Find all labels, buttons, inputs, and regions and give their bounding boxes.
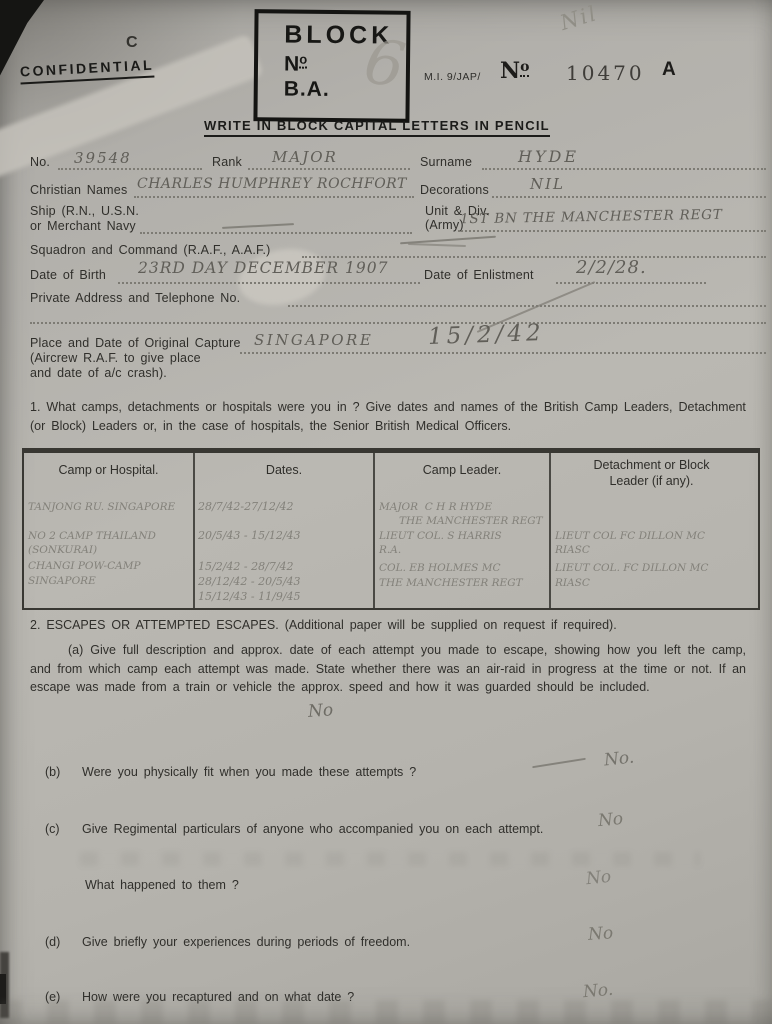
table-row-leader: MAJOR C H R HYDE THE MANCHESTER REGT bbox=[375, 497, 551, 528]
table-row-detachment bbox=[551, 497, 752, 528]
question-d-label: (d) bbox=[45, 933, 60, 952]
answer-b: No. bbox=[603, 747, 635, 770]
rank-label: Rank bbox=[212, 155, 242, 169]
decorations-value: NIL bbox=[530, 175, 565, 193]
table-row-dates: 20/5/43 - 15/12/43 bbox=[195, 528, 375, 557]
pow-questionnaire-scan: CONFIDENTIAL C BLOCK No B.A. 6 M.I. 9/JA… bbox=[0, 0, 772, 1024]
capture-date-value: 15/2/42 bbox=[428, 320, 546, 350]
unit-value: 1ST BN THE MANCHESTER REGT bbox=[460, 207, 723, 228]
rank-rule bbox=[248, 168, 410, 170]
enlistment-value: 2/2/28. bbox=[576, 257, 647, 278]
date-of-birth-value: 23RD DAY DECEMBER 1907 bbox=[138, 259, 388, 277]
section2-heading: 2. ESCAPES OR ATTEMPTED ESCAPES. (Additi… bbox=[30, 616, 756, 635]
table-row-dates: 28/7/42-27/12/42 bbox=[195, 497, 375, 528]
address-rule bbox=[288, 305, 766, 307]
no-rule bbox=[58, 168, 202, 170]
question-c2-text: What happened to them ? bbox=[85, 876, 239, 895]
answer-b-dash bbox=[532, 758, 586, 768]
capture-rule bbox=[240, 352, 766, 354]
decorations-label: Decorations bbox=[420, 183, 489, 197]
private-address-label: Private Address and Telephone No. bbox=[30, 291, 240, 305]
serial-no-label: No bbox=[500, 58, 529, 84]
no-label: No. bbox=[30, 155, 50, 169]
question-d-text: Give briefly your experiences during per… bbox=[82, 933, 410, 952]
dob-rule bbox=[118, 282, 420, 284]
answer-a: No bbox=[307, 700, 333, 722]
question-e-label: (e) bbox=[45, 988, 60, 1007]
pencil-nil-note: Nil bbox=[557, 1, 600, 35]
mid-bleedthrough bbox=[80, 852, 700, 866]
table-row-camp: TANJONG RU. SINGAPORE bbox=[24, 497, 195, 528]
squadron-rule bbox=[302, 256, 766, 258]
enlistment-rule bbox=[556, 282, 706, 284]
table-header-dates: Dates. bbox=[195, 453, 375, 497]
answer-c2: No bbox=[585, 867, 612, 890]
unit-rule bbox=[458, 230, 766, 232]
capture-label-line1: Place and Date of Original Capture bbox=[30, 336, 241, 350]
section-divider-rule bbox=[30, 322, 766, 324]
question-c-label: (c) bbox=[45, 820, 60, 839]
table-header-leader: Camp Leader. bbox=[375, 453, 551, 497]
question1-line1: 1. What camps, detachments or hospitals … bbox=[30, 398, 756, 417]
ship-rule bbox=[140, 232, 412, 234]
serial-number: 10470 bbox=[566, 61, 645, 85]
christian-names-value: CHARLES HUMPHREY ROCHFORT bbox=[137, 176, 407, 192]
question-b-text: Were you physically fit when you made th… bbox=[82, 763, 416, 782]
table-header-detachment: Detachment or Block Leader (if any). bbox=[551, 453, 752, 497]
surname-rule bbox=[482, 168, 766, 170]
form-reference: M.I. 9/JAP/ bbox=[424, 71, 481, 83]
answer-c: No bbox=[597, 809, 624, 831]
table-header-camp: Camp or Hospital. bbox=[24, 453, 195, 497]
squadron-pencil-dash-2 bbox=[408, 243, 466, 247]
instruction-heading: WRITE IN BLOCK CAPITAL LETTERS IN PENCIL bbox=[204, 118, 550, 137]
question1-line2: (or Block) Leaders or, in the case of ho… bbox=[30, 417, 756, 436]
table-row-detachment: LIEUT COL. FC DILLON MC RIASC bbox=[551, 557, 752, 608]
decorations-rule bbox=[492, 196, 766, 198]
enlistment-label: Date of Enlistment bbox=[424, 268, 534, 282]
capture-place-value: SINGAPORE bbox=[254, 331, 373, 349]
capture-label-line3: and date of a/c crash). bbox=[30, 366, 167, 380]
ship-label-line1: Ship (R.N., U.S.N. bbox=[30, 204, 139, 218]
torn-stamp-fragment: C bbox=[126, 34, 138, 52]
table-row-camp: NO 2 CAMP THAILAND (SONKURAI) bbox=[24, 528, 195, 557]
question-b-label: (b) bbox=[45, 763, 60, 782]
table-row-detachment: LIEUT COL FC DILLON MC RIASC bbox=[551, 528, 752, 557]
rank-value: MAJOR bbox=[272, 148, 338, 166]
question-e-text: How were you recaptured and on what date… bbox=[82, 988, 354, 1007]
question-c-text: Give Regimental particulars of anyone wh… bbox=[82, 820, 543, 839]
answer-d: No bbox=[587, 923, 613, 945]
table-row-leader: COL. EB HOLMES MC THE MANCHESTER REGT bbox=[375, 557, 551, 608]
squadron-label: Squadron and Command (R.A.F., A.A.F.) bbox=[30, 243, 271, 257]
surname-value: HYDE bbox=[518, 147, 579, 166]
block-number-stamp: BLOCK No B.A. 6 bbox=[253, 9, 410, 123]
serial-suffix: A bbox=[662, 59, 676, 81]
christian-names-label: Christian Names bbox=[30, 183, 127, 197]
surname-label: Surname bbox=[420, 155, 472, 169]
capture-label-line2: (Aircrew R.A.F. to give place bbox=[30, 351, 201, 365]
table-row-leader: LIEUT COL. S HARRIS R.A. bbox=[375, 528, 551, 557]
ship-pencil-dash bbox=[222, 223, 294, 229]
christian-names-rule bbox=[134, 196, 414, 198]
no-value: 39548 bbox=[74, 149, 132, 167]
question-a-text: (a) Give full description and approx. da… bbox=[30, 641, 746, 697]
ship-label-line2: or Merchant Navy bbox=[30, 219, 136, 233]
date-of-birth-label: Date of Birth bbox=[30, 268, 106, 282]
table-row-camp: CHANGI POW-CAMP SINGAPORE bbox=[24, 557, 195, 608]
answer-e: No. bbox=[582, 980, 614, 1003]
camps-table: Camp or Hospital. Dates. Camp Leader. De… bbox=[22, 448, 760, 610]
table-row-dates: 15/2/42 - 28/7/42 28/12/42 - 20/5/43 15/… bbox=[195, 557, 375, 608]
